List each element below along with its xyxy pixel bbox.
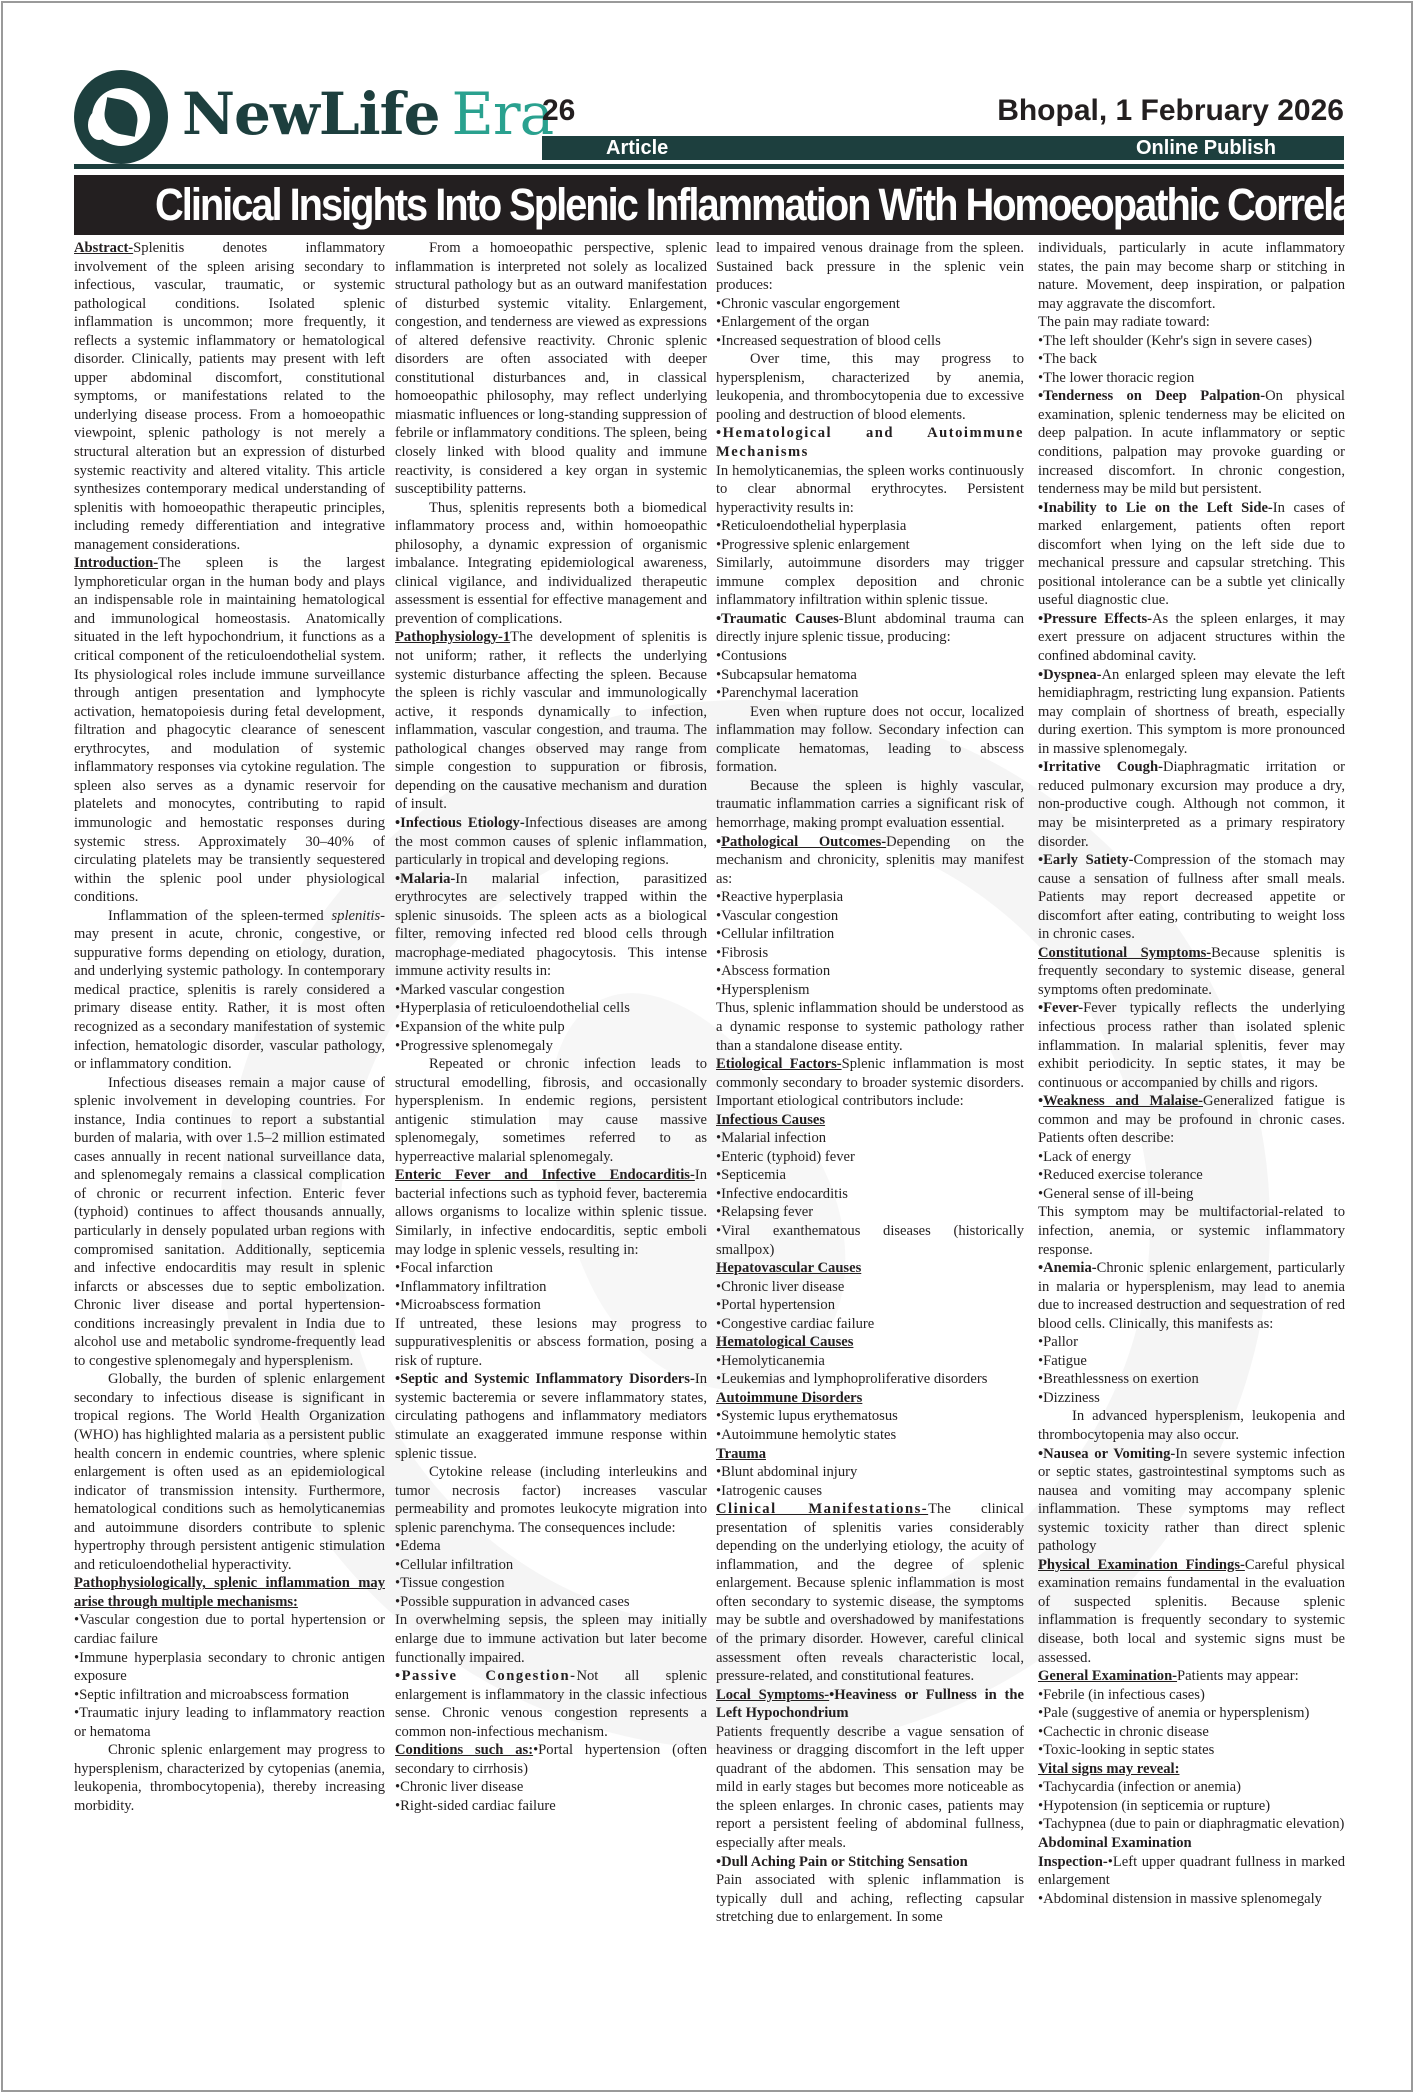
paragraph: General Examination-Patients may appear:: [1038, 1667, 1345, 1686]
subheading: •Passive Congestion-: [395, 1668, 576, 1684]
subheading: Abdominal Examination: [1038, 1834, 1345, 1853]
paragraph: If untreated, these lesions may progress…: [395, 1315, 707, 1371]
subheading: Etiological Factors-: [716, 1056, 842, 1072]
list-item: •Inflammatory infiltration: [395, 1278, 707, 1297]
paragraph: •Inability to Lie on the Left Side-In ca…: [1038, 499, 1345, 610]
list-item: •Enlargement of the organ: [716, 313, 1024, 332]
paragraph: Globally, the burden of splenic enlargem…: [74, 1370, 385, 1574]
paragraph: Conditions such as:•Portal hypertension …: [395, 1741, 707, 1778]
paragraph: In overwhelming sepsis, the spleen may i…: [395, 1611, 707, 1667]
list-item: •Reduced exercise tolerance: [1038, 1166, 1345, 1185]
list-item: •Pallor: [1038, 1333, 1345, 1352]
list-item: •Hypotension (in septicemia or rupture): [1038, 1797, 1345, 1816]
paragraph: Repeated or chronic infection leads to s…: [395, 1055, 707, 1166]
subheading: Weakness and Malaise-: [1043, 1093, 1203, 1109]
subheading: Conditions such as:: [395, 1742, 533, 1758]
list-item: •Chronic vascular engorgement: [716, 295, 1024, 314]
list-item: •The lower thoracic region: [1038, 369, 1345, 388]
paragraph: This symptom may be multifactorial-relat…: [1038, 1203, 1345, 1259]
introduction-paragraph: Introduction-The spleen is the largest l…: [74, 554, 385, 906]
paragraph: Clinical Manifestations-The clinical pre…: [716, 1500, 1024, 1685]
list-item: •Chronic liver disease: [716, 1278, 1024, 1297]
dateline: Bhopal, 1 February 2026: [997, 94, 1344, 128]
subheading: •Early Satiety-: [1038, 852, 1133, 868]
list-item: •Pale (suggestive of anemia or hypersple…: [1038, 1704, 1345, 1723]
paragraph: Patients frequently describe a vague sen…: [716, 1723, 1024, 1853]
list-item: •Dizziness: [1038, 1389, 1345, 1408]
list-item: •Hemolyticanemia: [716, 1352, 1024, 1371]
page-number: 26: [542, 94, 575, 128]
paragraph: Even when rupture does not occur, locali…: [716, 703, 1024, 777]
paragraph: Chronic splenic enlargement may progress…: [74, 1741, 385, 1815]
list-item: •Fibrosis: [716, 944, 1024, 963]
paragraph: •Traumatic Causes-Blunt abdominal trauma…: [716, 610, 1024, 647]
list-item: •General sense of ill-being: [1038, 1185, 1345, 1204]
list-item: •Enteric (typhoid) fever: [716, 1148, 1024, 1167]
list-item: •Febrile (in infectious cases): [1038, 1686, 1345, 1705]
list-item: •Right-sided cardiac failure: [395, 1797, 707, 1816]
pathophysiology-paragraph: Pathophysiology-1The development of sple…: [395, 628, 707, 813]
list-item: •Increased sequestration of blood cells: [716, 332, 1024, 351]
list-item: •Subcapsular hematoma: [716, 666, 1024, 685]
paragraph: •Septic and Systemic Inflammatory Disord…: [395, 1370, 707, 1463]
list-item: •Progressive splenic enlargement: [716, 536, 1024, 555]
list-item: •Fatigue: [1038, 1352, 1345, 1371]
subheading: •Septic and Systemic Inflammatory Disord…: [395, 1371, 695, 1387]
list-item: •Congestive cardiac failure: [716, 1315, 1024, 1334]
list-item: •Vascular congestion: [716, 907, 1024, 926]
subheading: •Inability to Lie on the Left Side-: [1038, 500, 1273, 516]
header-rule: [74, 164, 1344, 169]
group-heading: Infectious Causes: [716, 1111, 1024, 1130]
list-item: •Infective endocarditis: [716, 1185, 1024, 1204]
list-item: •Malarial infection: [716, 1129, 1024, 1148]
list-item: •Abdominal distension in massive splenom…: [1038, 1890, 1345, 1909]
subheading: •Fever-: [1038, 1000, 1083, 1016]
list-item: •Reticuloendothelial hyperplasia: [716, 517, 1024, 536]
paragraph: Enteric Fever and Infective Endocarditis…: [395, 1166, 707, 1259]
subheading: Vital signs may reveal:: [1038, 1760, 1345, 1779]
list-item: •Vascular congestion due to portal hyper…: [74, 1611, 385, 1648]
subheading: •Nausea or Vomiting-: [1038, 1446, 1175, 1462]
subheading: •Dull Aching Pain or Stitching Sensation: [716, 1853, 1024, 1872]
list-item: •Cellular infiltration: [395, 1556, 707, 1575]
group-heading: Hepatovascular Causes: [716, 1259, 1024, 1278]
mechanisms-heading: Pathophysiologically, splenic inflammati…: [74, 1574, 385, 1611]
list-item: •Traumatic injury leading to inflammator…: [74, 1704, 385, 1741]
list-item: •Breathlessness on exertion: [1038, 1370, 1345, 1389]
list-item: •Cachectic in chronic disease: [1038, 1723, 1345, 1742]
article-column-3: lead to impaired venous drainage from th…: [716, 239, 1024, 1927]
list-item: •Blunt abdominal injury: [716, 1463, 1024, 1482]
paragraph: Inflammation of the spleen-termed spleni…: [74, 907, 385, 1074]
paragraph: Similarly, autoimmune disorders may trig…: [716, 554, 1024, 610]
subheading: Enteric Fever and Infective Endocarditis…: [395, 1167, 695, 1183]
subheading: Clinical Manifestations-: [716, 1501, 928, 1517]
list-item: •Viral exanthematous diseases (historica…: [716, 1222, 1024, 1259]
article-headline: Clinical Insights Into Splenic Inflammat…: [74, 175, 1344, 235]
paragraph: Constitutional Symptoms-Because spleniti…: [1038, 944, 1345, 1000]
list-item: •Relapsing fever: [716, 1203, 1024, 1222]
subheading: Pathological Outcomes-: [721, 834, 886, 850]
list-item: •Autoimmune hemolytic states: [716, 1426, 1024, 1445]
list-item: •Microabscess formation: [395, 1296, 707, 1315]
subheading: General Examination-: [1038, 1668, 1177, 1684]
paragraph: individuals, particularly in acute infla…: [1038, 239, 1345, 313]
subheading: Physical Examination Findings-: [1038, 1557, 1245, 1573]
paragraph: In advanced hypersplenism, leukopenia an…: [1038, 1407, 1345, 1444]
subheading: •Pressure Effects-: [1038, 611, 1152, 627]
list-item: •Immune hyperplasia secondary to chronic…: [74, 1649, 385, 1686]
subheading: •Traumatic Causes-: [716, 611, 844, 627]
list-item: •Toxic-looking in septic states: [1038, 1741, 1345, 1760]
paragraph: •Dyspnea-An enlarged spleen may elevate …: [1038, 666, 1345, 759]
paragraph: Pain associated with splenic inflammatio…: [716, 1871, 1024, 1927]
masthead: NewLifeEra 26 Bhopal, 1 February 2026 Ar…: [74, 68, 1344, 168]
list-item: •Tachycardia (infection or anemia): [1038, 1778, 1345, 1797]
subheading: Local Symptoms-: [716, 1687, 829, 1703]
list-item: •Hypersplenism: [716, 981, 1024, 1000]
group-heading: Hematological Causes: [716, 1333, 1024, 1352]
list-item: •Expansion of the white pulp: [395, 1018, 707, 1037]
subheading: •Dyspnea-: [1038, 667, 1102, 683]
article-column-2: From a homoeopathic perspective, splenic…: [395, 239, 707, 1815]
section-bar: Article Online Publish: [542, 136, 1344, 160]
list-item: •Tachypnea (due to pain or diaphragmatic…: [1038, 1815, 1345, 1834]
paragraph: From a homoeopathic perspective, splenic…: [395, 239, 707, 499]
list-item: •Leukemias and lymphoproliferative disor…: [716, 1370, 1024, 1389]
brand-part1: NewLife: [182, 80, 440, 148]
abstract-paragraph: Abstract-Splenitis denotes inflammatory …: [74, 239, 385, 554]
list-item: •Tissue congestion: [395, 1574, 707, 1593]
list-item: •Hyperplasia of reticuloendothelial cell…: [395, 999, 707, 1018]
list-item: •Systemic lupus erythematosus: [716, 1407, 1024, 1426]
paragraph: •Nausea or Vomiting-In severe systemic i…: [1038, 1445, 1345, 1556]
paragraph: Over time, this may progress to hyperspl…: [716, 350, 1024, 424]
subheading: •Malaria-: [395, 871, 455, 887]
paragraph: •Early Satiety-Compression of the stomac…: [1038, 851, 1345, 944]
brand-part2: Era: [452, 80, 554, 148]
paragraph: •Irritative Cough-Diaphragmatic irritati…: [1038, 758, 1345, 851]
paragraph: •Passive Congestion-Not all splenic enla…: [395, 1667, 707, 1741]
paragraph: •Pathological Outcomes-Depending on the …: [716, 833, 1024, 889]
paragraph: Because the spleen is highly vascular, t…: [716, 777, 1024, 833]
list-item: •Edema: [395, 1537, 707, 1556]
paragraph: Infectious diseases remain a major cause…: [74, 1074, 385, 1371]
pathophysiology-heading: Pathophysiology-1: [395, 629, 510, 645]
paragraph: Local Symptoms-•Heaviness or Fullness in…: [716, 1686, 1024, 1723]
paragraph: •Infectious Etiology-Infectious diseases…: [395, 814, 707, 870]
section-label: Article: [606, 136, 668, 160]
group-heading: Autoimmune Disorders: [716, 1389, 1024, 1408]
subheading: •Infectious Etiology-: [395, 815, 525, 831]
paragraph: Cytokine release (including interleukins…: [395, 1463, 707, 1537]
paragraph: Thus, splenitis represents both a biomed…: [395, 499, 707, 629]
subheading: •Irritative Cough-: [1038, 759, 1163, 775]
article-column-1: Abstract-Splenitis denotes inflammatory …: [74, 239, 385, 1815]
list-item: •Focal infarction: [395, 1259, 707, 1278]
list-item: •Cellular infiltration: [716, 925, 1024, 944]
list-item: •Septicemia: [716, 1166, 1024, 1185]
list-item: •Lack of energy: [1038, 1148, 1345, 1167]
list-item: •Contusions: [716, 647, 1024, 666]
list-item: •Abscess formation: [716, 962, 1024, 981]
subheading: •Tenderness on Deep Palpation-: [1038, 388, 1265, 404]
publish-label: Online Publish: [1136, 136, 1276, 160]
list-item: •Portal hypertension: [716, 1296, 1024, 1315]
paragraph: Physical Examination Findings-Careful ph…: [1038, 1556, 1345, 1667]
newlife-logo-icon: [74, 70, 168, 164]
subheading: •Anemia-: [1038, 1260, 1097, 1276]
paragraph: •Fever-Fever typically reflects the unde…: [1038, 999, 1345, 1092]
paragraph: •Pressure Effects-As the spleen enlarges…: [1038, 610, 1345, 666]
list-item: •The left shoulder (Kehr's sign in sever…: [1038, 332, 1345, 351]
group-heading: Trauma: [716, 1445, 1024, 1464]
list-item: •Reactive hyperplasia: [716, 888, 1024, 907]
paragraph: •Tenderness on Deep Palpation-On physica…: [1038, 387, 1345, 498]
list-item: •Chronic liver disease: [395, 1778, 707, 1797]
paragraph: •Malaria-In malarial infection, parasiti…: [395, 870, 707, 981]
list-item: •Iatrogenic causes: [716, 1482, 1024, 1501]
list-item: •The back: [1038, 350, 1345, 369]
subheading: •Hematological and Autoimmune Mechanisms: [716, 424, 1024, 461]
subheading: Inspection-: [1038, 1854, 1108, 1870]
paragraph: The pain may radiate toward:: [1038, 313, 1345, 332]
paragraph: Etiological Factors-Splenic inflammation…: [716, 1055, 1024, 1111]
list-item: •Septic infiltration and microabscess fo…: [74, 1686, 385, 1705]
abstract-heading: Abstract-: [74, 240, 133, 256]
subheading: Constitutional Symptoms-: [1038, 945, 1211, 961]
list-item: •Marked vascular congestion: [395, 981, 707, 1000]
paragraph: In hemolyticanemias, the spleen works co…: [716, 462, 1024, 518]
paragraph: lead to impaired venous drainage from th…: [716, 239, 1024, 295]
list-item: •Progressive splenomegaly: [395, 1037, 707, 1056]
paragraph: Thus, splenic inflammation should be und…: [716, 999, 1024, 1055]
list-item: •Possible suppuration in advanced cases: [395, 1593, 707, 1612]
introduction-heading: Introduction-: [74, 555, 158, 571]
paragraph: •Weakness and Malaise-Generalized fatigu…: [1038, 1092, 1345, 1148]
paragraph: •Anemia-Chronic splenic enlargement, par…: [1038, 1259, 1345, 1333]
list-item: •Parenchymal laceration: [716, 684, 1024, 703]
paragraph: Inspection-•Left upper quadrant fullness…: [1038, 1853, 1345, 1890]
article-column-4: individuals, particularly in acute infla…: [1038, 239, 1345, 1908]
brand-name: NewLifeEra: [182, 74, 553, 154]
